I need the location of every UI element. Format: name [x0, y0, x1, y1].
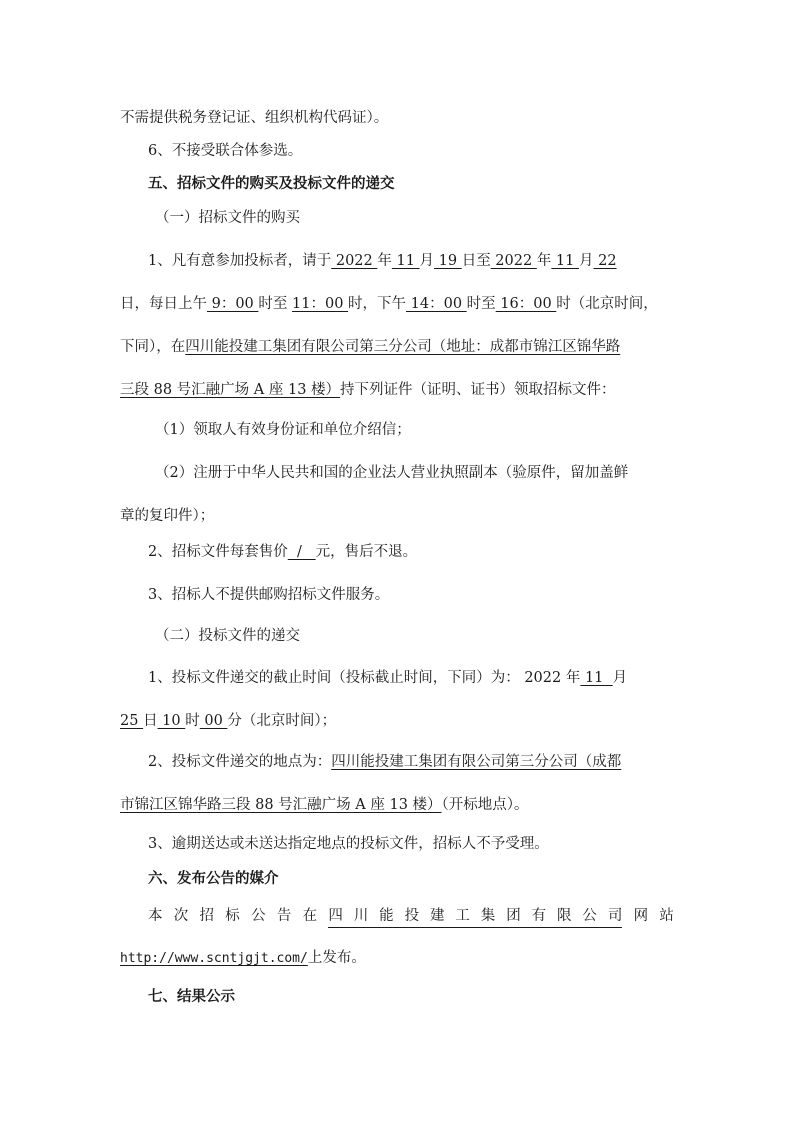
- purchase-location-line-2: 三段 88 号汇融广场 A 座 13 楼）持下列证件（证明、证书）领取招标文件：: [120, 380, 616, 400]
- section-heading-5: 五、招标文件的购买及投标文件的递交: [148, 174, 395, 194]
- requirement-1: （1）领取人有效身份证和单位介绍信；: [155, 420, 411, 440]
- no-consortium-clause: 6、不接受联合体参选。: [148, 141, 302, 161]
- media-url-line: http://www.scntjgjt.com/上发布。: [120, 948, 366, 969]
- afternoon-start: 14：00: [406, 296, 467, 312]
- website-link[interactable]: http://www.scntjgjt.com/: [120, 951, 308, 966]
- requirement-2: （2）注册于中华人民共和国的企业法人营业执照副本（验原件，留加盖鲜: [155, 463, 628, 483]
- start-year: 2022: [331, 253, 377, 269]
- subsection-heading-purchase: （一）招标文件的购买: [155, 208, 300, 228]
- purchase-address: 四川能投建工集团有限公司第三分公司（地址：成都市锦江区锦华路: [185, 339, 620, 355]
- start-month: 11: [392, 253, 420, 269]
- afternoon-end: 16：00: [496, 296, 557, 312]
- price-line: 2、招标文件每套售价 / 元，售后不退。: [148, 542, 417, 562]
- submission-place-line-2: 市锦江区锦华路三段 88 号汇融广场 A 座 13 楼）（开标地点）。: [120, 795, 529, 815]
- deadline-line: 1、投标文件递交的截止时间（投标截止时间，下同）为： 2022 年 11 月: [148, 668, 627, 688]
- deadline-line-2: 25 日 10 时 00 分（北京时间）；: [120, 711, 336, 731]
- late-submission-clause: 3、逾期送达或未送达指定地点的投标文件，招标人不予受理。: [148, 834, 549, 854]
- purchase-location-line: 下同），在四川能投建工集团有限公司第三分公司（地址：成都市锦江区锦华路: [120, 337, 620, 357]
- morning-end: 11：00: [292, 296, 348, 312]
- requirement-2-cont: 章的复印件）；: [120, 506, 214, 526]
- submission-address: 四川能投建工集团有限公司第三分公司（成都: [331, 754, 621, 770]
- deadline-minute: 00: [200, 713, 228, 729]
- media-line: 本 次 招 标 公 告 在 四 川 能 投 建 工 集 团 有 限 公 司 网 …: [148, 906, 674, 928]
- paragraph-continuation: 不需提供税务登记证、组织机构代码证）。: [120, 108, 388, 128]
- subsection-heading-submission: （二）投标文件的递交: [155, 626, 300, 646]
- start-day: 19: [434, 253, 462, 269]
- end-day: 22: [594, 253, 617, 269]
- submission-address-cont: 市锦江区锦华路三段 88 号汇融广场 A 座 13 楼）: [120, 797, 442, 813]
- end-month: 11: [551, 253, 579, 269]
- deadline-hour: 10: [158, 713, 186, 729]
- deadline-day: 25: [120, 713, 143, 729]
- purchase-time-line: 日，每日上午 9：00 时至 11：00 时，下午 14：00 时至 16：00…: [120, 294, 658, 314]
- end-year: 2022: [491, 253, 537, 269]
- deadline-month: 11: [580, 670, 612, 686]
- submission-place-line: 2、投标文件递交的地点为：四川能投建工集团有限公司第三分公司（成都: [148, 752, 621, 772]
- no-mail-clause: 3、招标人不提供邮购招标文件服务。: [148, 585, 389, 605]
- section-heading-6: 六、发布公告的媒介: [148, 869, 279, 889]
- purchase-date-line: 1、凡有意参加投标者，请于 2022 年 11 月 19 日至 2022 年 1…: [148, 251, 617, 271]
- purchase-address-cont: 三段 88 号汇融广场 A 座 13 楼）: [120, 382, 340, 398]
- morning-start: 9：00: [207, 296, 258, 312]
- section-heading-7: 七、结果公示: [148, 987, 235, 1007]
- price-value: /: [288, 544, 316, 560]
- media-company: 四 川 能 投 建 工 集 团 有 限 公 司: [328, 906, 622, 928]
